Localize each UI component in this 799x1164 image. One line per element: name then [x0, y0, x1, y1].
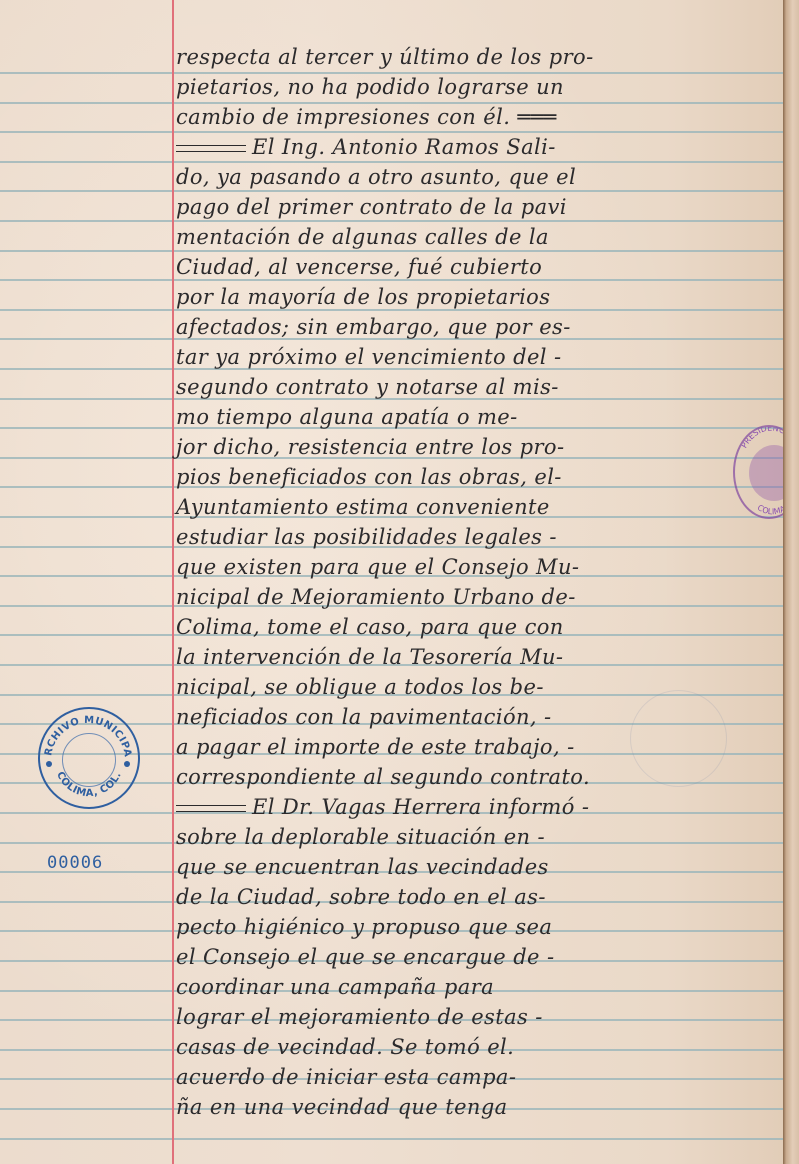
- text-line: el Consejo el que se encargue de -: [176, 944, 776, 970]
- book-binding-edge: [783, 0, 799, 1164]
- paragraph-dash: [176, 145, 246, 152]
- text-line: segundo contrato y notarse al mis-: [176, 374, 776, 400]
- text-line: de la Ciudad, sobre todo en el as-: [176, 884, 776, 910]
- page-number: 00006: [47, 853, 103, 873]
- text-line: pios beneficiados con las obras, el-: [176, 464, 776, 490]
- ruled-line: [0, 161, 799, 163]
- text-line: ña en una vecindad que tenga: [176, 1094, 776, 1120]
- ruled-line: [0, 220, 799, 222]
- text-line: Colima, tome el caso, para que con: [176, 614, 776, 640]
- text-line: que se encuentran las vecindades: [176, 854, 776, 880]
- text-line: neficiados con la pavimentación, -: [176, 704, 776, 730]
- text-line-content: El Ing. Antonio Ramos Sali-: [252, 135, 556, 159]
- paragraph-dash: [176, 805, 246, 812]
- ruled-line: [0, 131, 799, 133]
- ruled-line: [0, 190, 799, 192]
- text-line: jor dicho, resistencia entre los pro-: [176, 434, 776, 460]
- text-line: respecta al tercer y último de los pro-: [176, 44, 776, 70]
- text-line: coordinar una campaña para: [176, 974, 776, 1000]
- stamp-text-ring: ARCHIVO MUNICIPAL COLIMA, COL.: [37, 706, 139, 808]
- ruled-line: [0, 250, 799, 252]
- text-line: casas de vecindad. Se tomó el.: [176, 1034, 776, 1060]
- svg-text:COLIMA, COL.: COLIMA, COL.: [54, 770, 124, 799]
- text-line: que existen para que el Consejo Mu-: [176, 554, 776, 580]
- text-line: tar ya próximo el vencimiento del -: [176, 344, 776, 370]
- text-line: do, ya pasando a otro asunto, que el: [176, 164, 776, 190]
- text-line: lograr el mejoramiento de estas -: [176, 1004, 776, 1030]
- text-line: Ayuntamiento estima conveniente: [176, 494, 776, 520]
- text-line: mentación de algunas calles de la: [176, 224, 776, 250]
- text-line: cambio de impresiones con él. ═══: [176, 104, 776, 130]
- archivo-municipal-stamp: ARCHIVO MUNICIPAL COLIMA, COL.: [38, 707, 140, 809]
- star-icon: [46, 761, 52, 767]
- text-line: acuerdo de iniciar esta campa-: [176, 1064, 776, 1090]
- document-page: respecta al tercer y último de los pro- …: [0, 0, 783, 1164]
- text-line: nicipal, se obligue a todos los be-: [176, 674, 776, 700]
- text-line: pago del primer contrato de la pavi: [176, 194, 776, 220]
- text-line: mo tiempo alguna apatía o me-: [176, 404, 776, 430]
- text-line: Ciudad, al vencerse, fué cubierto: [176, 254, 776, 280]
- text-line-content: El Dr. Vagas Herrera informó -: [252, 795, 589, 819]
- text-line: por la mayoría de los propietarios: [176, 284, 776, 310]
- text-line: pietarios, no ha podido lograrse un: [176, 74, 776, 100]
- text-line: estudiar las posibilidades legales -: [176, 524, 776, 550]
- text-line: la intervención de la Tesorería Mu-: [176, 644, 776, 670]
- text-line: El Dr. Vagas Herrera informó -: [176, 794, 776, 820]
- text-line: pecto higiénico y propuso que sea: [176, 914, 776, 940]
- text-line: a pagar el importe de este trabajo, -: [176, 734, 776, 760]
- svg-text:ARCHIVO MUNICIPAL: ARCHIVO MUNICIPAL: [37, 706, 133, 758]
- text-line: El Ing. Antonio Ramos Sali-: [176, 134, 776, 160]
- text-line: nicipal de Mejoramiento Urbano de-: [176, 584, 776, 610]
- red-margin-line: [172, 0, 174, 1164]
- star-icon: [124, 761, 130, 767]
- text-line: sobre la deplorable situación en -: [176, 824, 776, 850]
- text-line: correspondiente al segundo contrato.: [176, 764, 776, 790]
- ruled-line: [0, 1138, 799, 1140]
- text-line: afectados; sin embargo, que por es-: [176, 314, 776, 340]
